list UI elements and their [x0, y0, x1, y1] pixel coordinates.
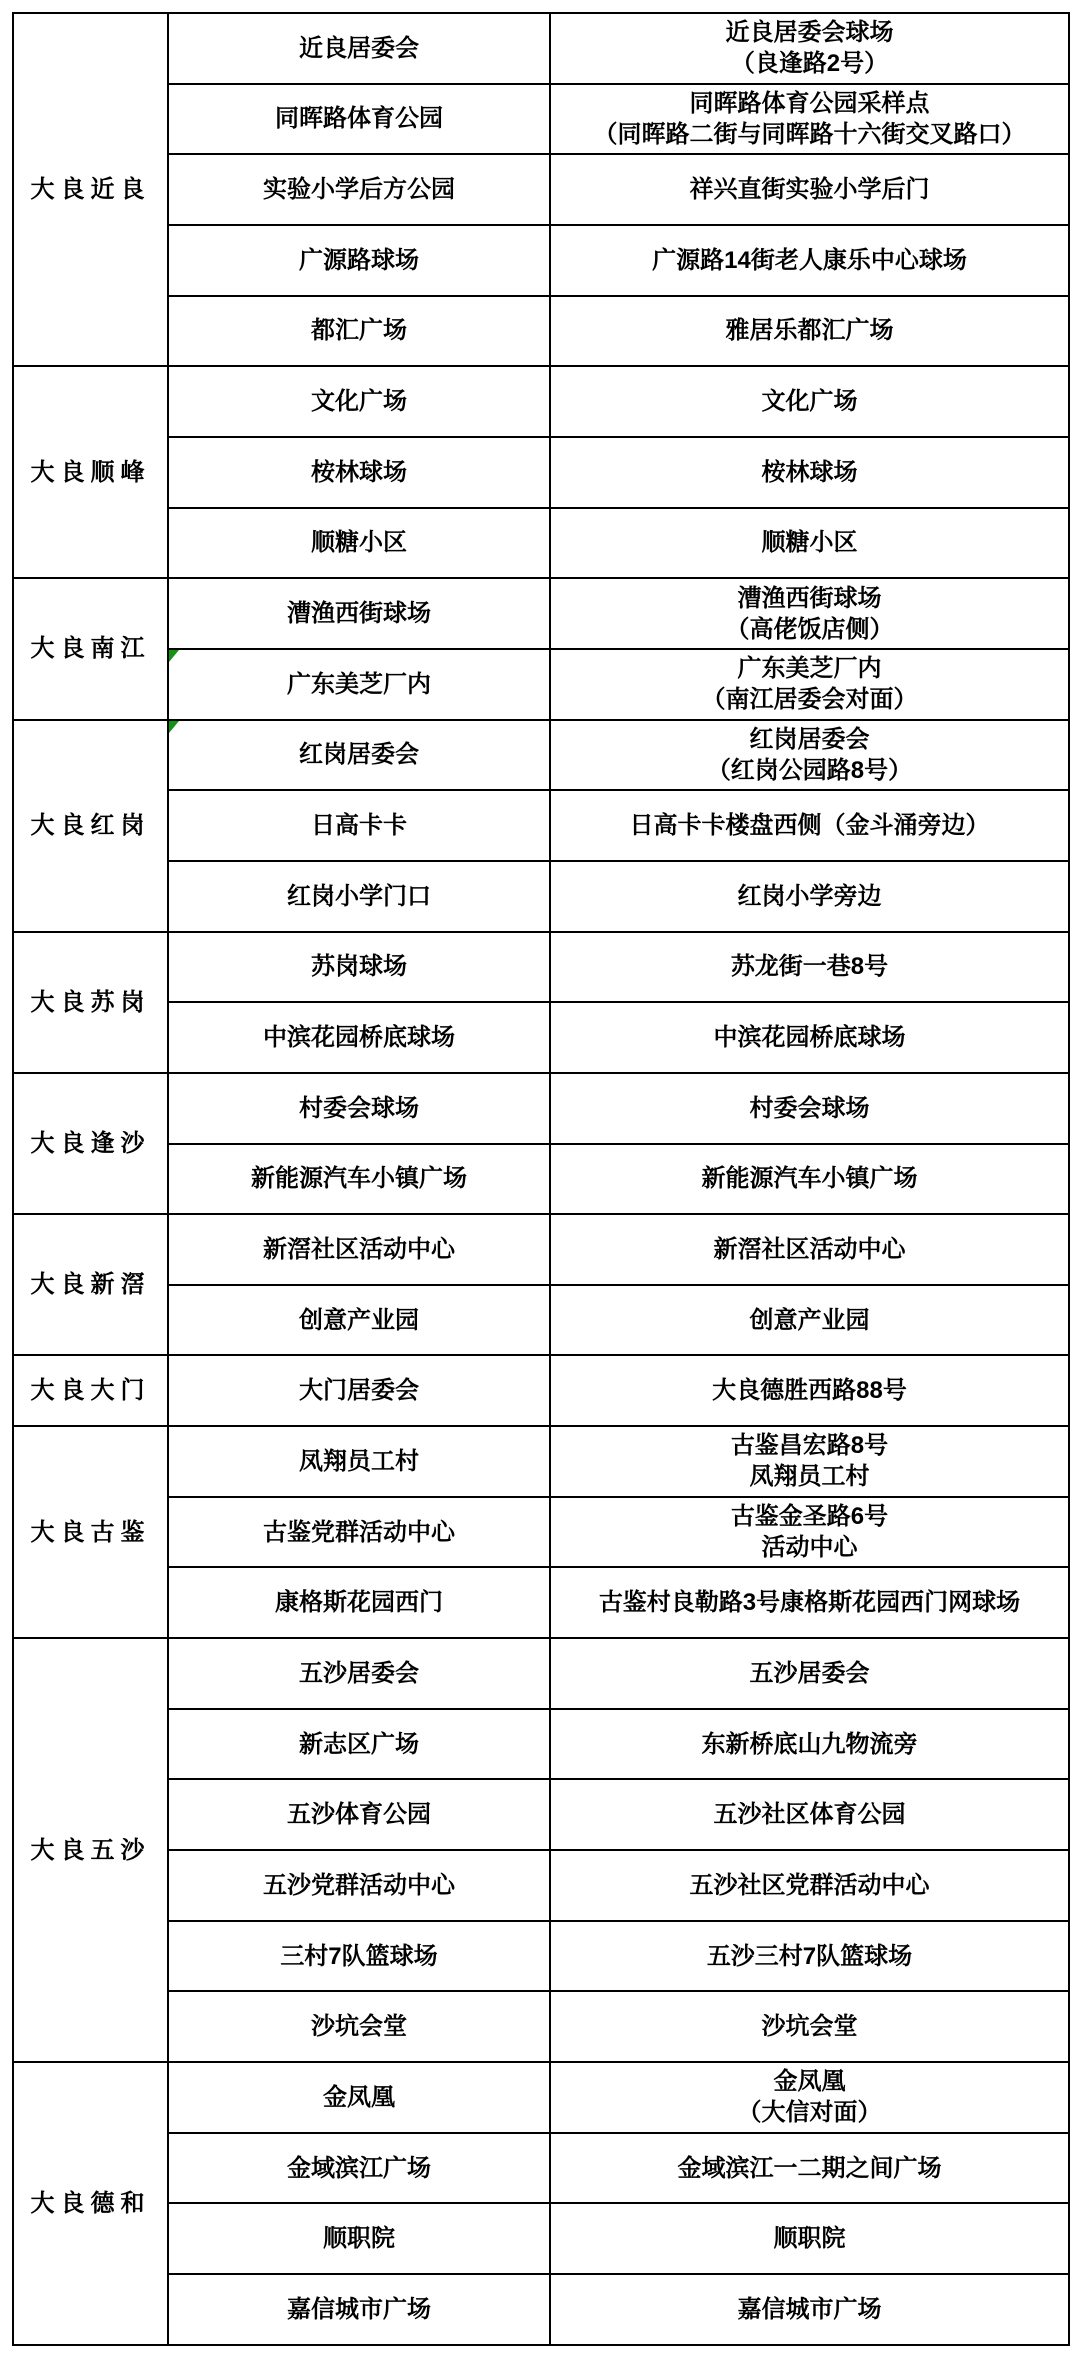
site-name: 广源路球场: [171, 245, 547, 276]
area-cell-damen: 大良大门: [13, 1355, 168, 1426]
site-address-line: 桉林球场: [553, 457, 1066, 488]
table-row: 大良古鉴 凤翔员工村 古鉴昌宏路8号凤翔员工村: [13, 1426, 1069, 1497]
site-name-cell: 古鉴党群活动中心: [168, 1497, 550, 1568]
site-address-line: 祥兴直街实验小学后门: [553, 174, 1066, 205]
area-cell-xinjiao: 大良新滘: [13, 1214, 168, 1355]
site-name: 红岗小学门口: [171, 881, 547, 912]
site-address-line: （高佬饭店侧）: [553, 614, 1066, 645]
site-name-cell: 红岗居委会: [168, 720, 550, 791]
site-name-cell: 新能源汽车小镇广场: [168, 1144, 550, 1215]
site-name-cell: 广东美芝厂内: [168, 649, 550, 720]
site-address-cell: 文化广场: [550, 366, 1069, 437]
table-row: 顺职院 顺职院: [13, 2203, 1069, 2274]
site-name-cell: 同晖路体育公园: [168, 84, 550, 155]
area-label: 大良德和: [31, 2190, 151, 2217]
table-row: 都汇广场 雅居乐都汇广场: [13, 296, 1069, 367]
site-address-cell: 嘉信城市广场: [550, 2274, 1069, 2345]
site-address-cell: 新滘社区活动中心: [550, 1214, 1069, 1285]
area-cell-dehe: 大良德和: [13, 2062, 168, 2345]
site-name: 同晖路体育公园: [171, 103, 547, 134]
table-row: 大良德和 金凤凰 金凤凰（大信对面）: [13, 2062, 1069, 2133]
site-name: 桉林球场: [171, 457, 547, 488]
site-address-line: 金域滨江一二期之间广场: [553, 2153, 1066, 2184]
site-address-cell: 古鉴金圣路6号活动中心: [550, 1497, 1069, 1568]
site-name: 实验小学后方公园: [171, 174, 547, 205]
site-address-line: 新滘社区活动中心: [553, 1234, 1066, 1265]
site-name-cell: 日高卡卡: [168, 790, 550, 861]
site-name: 苏岗球场: [171, 951, 547, 982]
site-name-cell: 大门居委会: [168, 1355, 550, 1426]
site-address-line: 近良居委会球场: [553, 17, 1066, 48]
site-name-cell: 金域滨江广场: [168, 2133, 550, 2204]
site-name-cell: 文化广场: [168, 366, 550, 437]
table-row: 五沙党群活动中心 五沙社区党群活动中心: [13, 1850, 1069, 1921]
area-cell-fengsha: 大良逢沙: [13, 1073, 168, 1214]
table-row: 金域滨江广场 金域滨江一二期之间广场: [13, 2133, 1069, 2204]
site-name-cell: 广源路球场: [168, 225, 550, 296]
site-name: 沙坑会堂: [171, 2011, 547, 2042]
site-name-cell: 桉林球场: [168, 437, 550, 508]
area-cell-shunfeng: 大良顺峰: [13, 366, 168, 578]
site-address-line: 村委会球场: [553, 1093, 1066, 1124]
site-address-cell: 大良德胜西路88号: [550, 1355, 1069, 1426]
site-address-cell: 村委会球场: [550, 1073, 1069, 1144]
table-row: 广源路球场 广源路14街老人康乐中心球场: [13, 225, 1069, 296]
site-address-line: 创意产业园: [553, 1305, 1066, 1336]
table-row: 创意产业园 创意产业园: [13, 1285, 1069, 1356]
sampling-site-table: 大良近良 近良居委会 近良居委会球场（良逢路2号） 同晖路体育公园 同晖路体育公…: [12, 12, 1070, 2346]
table-row: 嘉信城市广场 嘉信城市广场: [13, 2274, 1069, 2345]
site-address-line: 红岗居委会: [553, 724, 1066, 755]
site-address-line: 广源路14街老人康乐中心球场: [553, 245, 1066, 276]
site-address-cell: 日高卡卡楼盘西侧（金斗涌旁边）: [550, 790, 1069, 861]
site-name: 五沙党群活动中心: [171, 1870, 547, 1901]
table-row: 实验小学后方公园 祥兴直街实验小学后门: [13, 154, 1069, 225]
site-address-cell: 广东美芝厂内（南江居委会对面）: [550, 649, 1069, 720]
site-name-cell: 三村7队篮球场: [168, 1921, 550, 1992]
site-address-cell: 漕渔西街球场（高佬饭店侧）: [550, 578, 1069, 649]
area-cell-wusha: 大良五沙: [13, 1638, 168, 2062]
site-address-cell: 中滨花园桥底球场: [550, 1002, 1069, 1073]
site-name: 新志区广场: [171, 1729, 547, 1760]
table-row: 康格斯花园西门 古鉴村良勒路3号康格斯花园西门网球场: [13, 1567, 1069, 1638]
table-row: 三村7队篮球场 五沙三村7队篮球场: [13, 1921, 1069, 1992]
site-name-cell: 五沙体育公园: [168, 1779, 550, 1850]
site-name: 创意产业园: [171, 1305, 547, 1336]
table-row: 大良红岗 红岗居委会 红岗居委会（红岗公园路8号）: [13, 720, 1069, 791]
site-address-cell: 雅居乐都汇广场: [550, 296, 1069, 367]
site-name-cell: 创意产业园: [168, 1285, 550, 1356]
site-address-cell: 顺职院: [550, 2203, 1069, 2274]
site-name: 文化广场: [171, 386, 547, 417]
site-name: 顺糖小区: [171, 527, 547, 558]
site-name: 五沙居委会: [171, 1658, 547, 1689]
site-address-line: 沙坑会堂: [553, 2011, 1066, 2042]
site-address-line: 五沙居委会: [553, 1658, 1066, 1689]
site-name: 大门居委会: [171, 1375, 547, 1406]
site-address-cell: 古鉴昌宏路8号凤翔员工村: [550, 1426, 1069, 1497]
site-name: 顺职院: [171, 2223, 547, 2254]
table-row: 沙坑会堂 沙坑会堂: [13, 1991, 1069, 2062]
area-label: 大良新滘: [31, 1271, 151, 1298]
site-name: 新滘社区活动中心: [171, 1234, 547, 1265]
site-address-cell: 金域滨江一二期之间广场: [550, 2133, 1069, 2204]
site-name-cell: 苏岗球场: [168, 932, 550, 1003]
site-address-line: （大信对面）: [553, 2097, 1066, 2128]
site-name-cell: 嘉信城市广场: [168, 2274, 550, 2345]
site-address-line: 嘉信城市广场: [553, 2294, 1066, 2325]
site-name-cell: 近良居委会: [168, 13, 550, 84]
area-label: 大良大门: [31, 1377, 151, 1404]
site-name: 近良居委会: [171, 33, 547, 64]
site-name: 金域滨江广场: [171, 2153, 547, 2184]
table-row: 大良新滘 新滘社区活动中心 新滘社区活动中心: [13, 1214, 1069, 1285]
site-name: 红岗居委会: [171, 739, 547, 770]
area-cell-sugang: 大良苏岗: [13, 932, 168, 1073]
area-label: 大良苏岗: [31, 989, 151, 1016]
site-address-line: 古鉴村良勒路3号康格斯花园西门网球场: [553, 1587, 1066, 1618]
site-address-line: 古鉴金圣路6号: [553, 1501, 1066, 1532]
green-corner-flag-icon: [169, 650, 179, 662]
site-address-cell: 新能源汽车小镇广场: [550, 1144, 1069, 1215]
site-address-line: 大良德胜西路88号: [553, 1375, 1066, 1406]
site-address-line: 日高卡卡楼盘西侧（金斗涌旁边）: [553, 810, 1066, 841]
table-row: 大良逢沙 村委会球场 村委会球场: [13, 1073, 1069, 1144]
site-name-cell: 红岗小学门口: [168, 861, 550, 932]
site-address-line: 红岗小学旁边: [553, 881, 1066, 912]
area-label: 大良古鉴: [31, 1519, 151, 1546]
table-row: 广东美芝厂内 广东美芝厂内（南江居委会对面）: [13, 649, 1069, 720]
site-name: 新能源汽车小镇广场: [171, 1163, 547, 1194]
site-name: 五沙体育公园: [171, 1799, 547, 1830]
site-name: 村委会球场: [171, 1093, 547, 1124]
table-row: 大良南江 漕渔西街球场 漕渔西街球场（高佬饭店侧）: [13, 578, 1069, 649]
site-address-line: 雅居乐都汇广场: [553, 315, 1066, 346]
site-address-cell: 东新桥底山九物流旁: [550, 1709, 1069, 1780]
site-address-line: 同晖路体育公园采样点: [553, 88, 1066, 119]
site-name: 漕渔西街球场: [171, 598, 547, 629]
site-address-line: 五沙三村7队篮球场: [553, 1941, 1066, 1972]
table-row: 古鉴党群活动中心 古鉴金圣路6号活动中心: [13, 1497, 1069, 1568]
table-row: 五沙体育公园 五沙社区体育公园: [13, 1779, 1069, 1850]
site-address-line: （红岗公园路8号）: [553, 755, 1066, 786]
site-address-line: 广东美芝厂内: [553, 653, 1066, 684]
site-name-cell: 村委会球场: [168, 1073, 550, 1144]
site-address-cell: 近良居委会球场（良逢路2号）: [550, 13, 1069, 84]
site-name: 日高卡卡: [171, 810, 547, 841]
site-address-line: （同晖路二街与同晖路十六街交叉路口）: [553, 119, 1066, 150]
site-address-line: 五沙社区体育公园: [553, 1799, 1066, 1830]
site-address-line: 顺糖小区: [553, 527, 1066, 558]
site-name: 广东美芝厂内: [171, 669, 547, 700]
table-row: 大良五沙 五沙居委会 五沙居委会: [13, 1638, 1069, 1709]
site-address-cell: 创意产业园: [550, 1285, 1069, 1356]
site-name-cell: 都汇广场: [168, 296, 550, 367]
site-address-cell: 金凤凰（大信对面）: [550, 2062, 1069, 2133]
area-label: 大良顺峰: [31, 459, 151, 486]
site-name: 嘉信城市广场: [171, 2294, 547, 2325]
area-label: 大良近良: [31, 176, 151, 203]
table-row: 大良近良 近良居委会 近良居委会球场（良逢路2号）: [13, 13, 1069, 84]
site-name-cell: 五沙居委会: [168, 1638, 550, 1709]
site-address-cell: 沙坑会堂: [550, 1991, 1069, 2062]
site-name-cell: 新滘社区活动中心: [168, 1214, 550, 1285]
area-cell-nanjiang: 大良南江: [13, 578, 168, 719]
site-name-cell: 顺糖小区: [168, 508, 550, 579]
site-address-cell: 顺糖小区: [550, 508, 1069, 579]
site-address-line: （南江居委会对面）: [553, 684, 1066, 715]
site-address-cell: 红岗居委会（红岗公园路8号）: [550, 720, 1069, 791]
site-address-cell: 祥兴直街实验小学后门: [550, 154, 1069, 225]
site-name-cell: 顺职院: [168, 2203, 550, 2274]
site-name: 凤翔员工村: [171, 1446, 547, 1477]
site-address-line: 五沙社区党群活动中心: [553, 1870, 1066, 1901]
site-address-cell: 广源路14街老人康乐中心球场: [550, 225, 1069, 296]
site-name: 三村7队篮球场: [171, 1941, 547, 1972]
site-address-cell: 古鉴村良勒路3号康格斯花园西门网球场: [550, 1567, 1069, 1638]
site-address-line: 古鉴昌宏路8号: [553, 1430, 1066, 1461]
table-row: 桉林球场 桉林球场: [13, 437, 1069, 508]
table-row: 大良大门 大门居委会 大良德胜西路88号: [13, 1355, 1069, 1426]
area-label: 大良五沙: [31, 1837, 151, 1864]
area-label: 大良南江: [31, 635, 151, 662]
site-name: 金凤凰: [171, 2082, 547, 2113]
table-row: 顺糖小区 顺糖小区: [13, 508, 1069, 579]
site-address-line: 凤翔员工村: [553, 1461, 1066, 1492]
table-row: 大良顺峰 文化广场 文化广场: [13, 366, 1069, 437]
table-row: 同晖路体育公园 同晖路体育公园采样点（同晖路二街与同晖路十六街交叉路口）: [13, 84, 1069, 155]
site-address-cell: 五沙三村7队篮球场: [550, 1921, 1069, 1992]
site-address-line: 活动中心: [553, 1532, 1066, 1563]
site-address-line: 漕渔西街球场: [553, 583, 1066, 614]
site-address-line: 东新桥底山九物流旁: [553, 1729, 1066, 1760]
site-name: 都汇广场: [171, 315, 547, 346]
site-name-cell: 漕渔西街球场: [168, 578, 550, 649]
area-cell-gujian: 大良古鉴: [13, 1426, 168, 1638]
site-name-cell: 新志区广场: [168, 1709, 550, 1780]
site-address-cell: 五沙社区体育公园: [550, 1779, 1069, 1850]
site-address-line: 文化广场: [553, 386, 1066, 417]
site-address-cell: 五沙社区党群活动中心: [550, 1850, 1069, 1921]
site-address-cell: 红岗小学旁边: [550, 861, 1069, 932]
site-address-line: 苏龙街一巷8号: [553, 951, 1066, 982]
table-row: 新能源汽车小镇广场 新能源汽车小镇广场: [13, 1144, 1069, 1215]
site-name-cell: 康格斯花园西门: [168, 1567, 550, 1638]
site-name: 中滨花园桥底球场: [171, 1022, 547, 1053]
site-address-cell: 苏龙街一巷8号: [550, 932, 1069, 1003]
site-name-cell: 实验小学后方公园: [168, 154, 550, 225]
site-name-cell: 凤翔员工村: [168, 1426, 550, 1497]
site-name: 古鉴党群活动中心: [171, 1517, 547, 1548]
green-corner-flag-icon: [169, 721, 179, 733]
table-row: 日高卡卡 日高卡卡楼盘西侧（金斗涌旁边）: [13, 790, 1069, 861]
area-label: 大良逢沙: [31, 1130, 151, 1157]
site-address-cell: 桉林球场: [550, 437, 1069, 508]
site-name-cell: 中滨花园桥底球场: [168, 1002, 550, 1073]
table-row: 中滨花园桥底球场 中滨花园桥底球场: [13, 1002, 1069, 1073]
site-address-cell: 五沙居委会: [550, 1638, 1069, 1709]
area-label: 大良红岗: [31, 812, 151, 839]
table-row: 大良苏岗 苏岗球场 苏龙街一巷8号: [13, 932, 1069, 1003]
site-address-line: 新能源汽车小镇广场: [553, 1163, 1066, 1194]
area-cell-jinliang: 大良近良: [13, 13, 168, 366]
site-address-line: 金凤凰: [553, 2066, 1066, 2097]
table-row: 新志区广场 东新桥底山九物流旁: [13, 1709, 1069, 1780]
area-cell-honggang: 大良红岗: [13, 720, 168, 932]
site-address-line: （良逢路2号）: [553, 48, 1066, 79]
site-name: 康格斯花园西门: [171, 1587, 547, 1618]
site-address-cell: 同晖路体育公园采样点（同晖路二街与同晖路十六街交叉路口）: [550, 84, 1069, 155]
table-row: 红岗小学门口 红岗小学旁边: [13, 861, 1069, 932]
site-address-line: 顺职院: [553, 2223, 1066, 2254]
site-name-cell: 沙坑会堂: [168, 1991, 550, 2062]
site-name-cell: 金凤凰: [168, 2062, 550, 2133]
site-name-cell: 五沙党群活动中心: [168, 1850, 550, 1921]
site-address-line: 中滨花园桥底球场: [553, 1022, 1066, 1053]
